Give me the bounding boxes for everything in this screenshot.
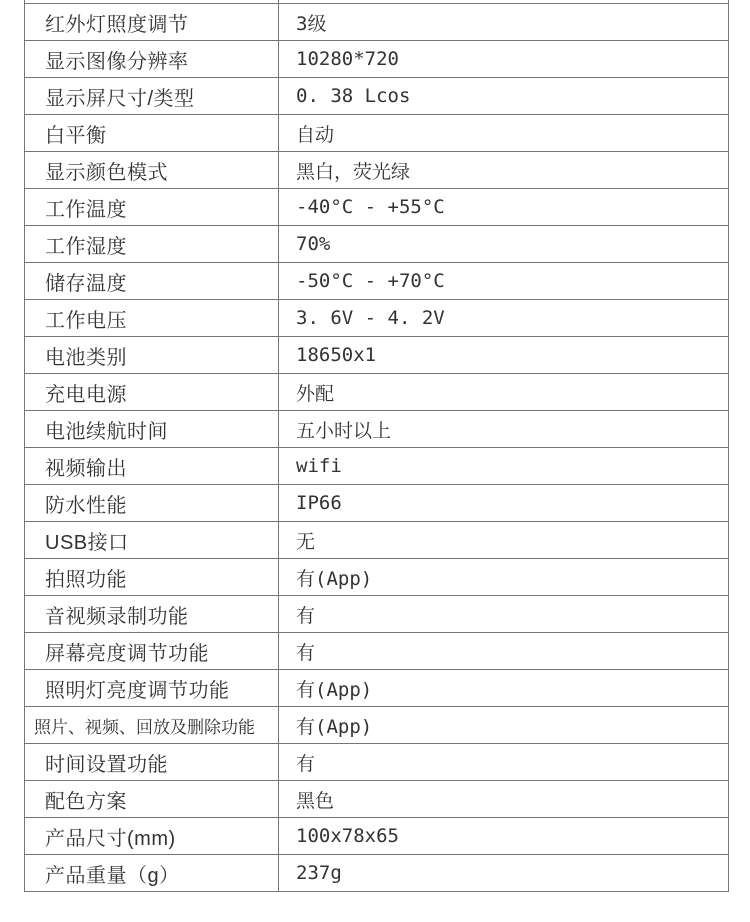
spec-table: 红外灯照度调节 3级 显示图像分辨率 10280*720 显示屏尺寸/类型 0.… [24,0,729,892]
table-row: 充电电源 外配 [25,373,728,410]
table-row: 拍照功能 有(App) [25,558,728,595]
spec-label: 工作湿度 [25,226,279,262]
product-spec-page: 红外灯照度调节 3级 显示图像分辨率 10280*720 显示屏尺寸/类型 0.… [0,0,750,922]
spec-value: wifi [279,448,728,484]
spec-label: 防水性能 [25,485,279,521]
spec-value: 黑白，荧光绿 [279,152,728,188]
table-row: 显示颜色模式 黑白，荧光绿 [25,151,728,188]
table-row: 照片、视频、回放及删除功能 有(App) [25,706,728,743]
spec-value: 五小时以上 [279,411,728,447]
spec-value: 3级 [279,4,728,40]
table-row: 电池续航时间 五小时以上 [25,410,728,447]
spec-label: 显示图像分辨率 [25,41,279,77]
spec-value: 有(App) [279,559,728,595]
spec-label: USB接口 [25,522,279,558]
spec-label: 产品尺寸(mm) [25,818,279,854]
spec-value [279,0,728,3]
spec-value: 10280*720 [279,41,728,77]
spec-label: 照明灯亮度调节功能 [25,670,279,706]
spec-value: IP66 [279,485,728,521]
spec-label: 工作电压 [25,300,279,336]
spec-value: 外配 [279,374,728,410]
spec-value: 自动 [279,115,728,151]
spec-value: 无 [279,522,728,558]
table-row: 防水性能 IP66 [25,484,728,521]
spec-value: 有 [279,633,728,669]
spec-label: 配色方案 [25,781,279,817]
spec-value: -50°C - +70°C [279,263,728,299]
spec-value: 有 [279,596,728,632]
spec-label: 产品重量（g） [25,855,279,891]
spec-label: 工作温度 [25,189,279,225]
spec-value: 黑色 [279,781,728,817]
spec-value: 有(App) [279,670,728,706]
table-row: 时间设置功能 有 [25,743,728,780]
table-row: 显示屏尺寸/类型 0. 38 Lcos [25,77,728,114]
spec-value: 3. 6V - 4. 2V [279,300,728,336]
table-row: 电池类别 18650x1 [25,336,728,373]
table-row: 配色方案 黑色 [25,780,728,817]
spec-label: 照片、视频、回放及删除功能 [25,707,279,743]
spec-value: 18650x1 [279,337,728,373]
spec-label: 储存温度 [25,263,279,299]
table-row: 工作湿度 70% [25,225,728,262]
spec-label: 视频输出 [25,448,279,484]
spec-label: 显示颜色模式 [25,152,279,188]
table-row: 音视频录制功能 有 [25,595,728,632]
spec-value: 0. 38 Lcos [279,78,728,114]
table-row: 白平衡 自动 [25,114,728,151]
spec-label: 显示屏尺寸/类型 [25,78,279,114]
table-row: 工作电压 3. 6V - 4. 2V [25,299,728,336]
table-row: 产品尺寸(mm) 100x78x65 [25,817,728,854]
table-row: 产品重量（g） 237g [25,854,728,891]
spec-value: -40°C - +55°C [279,189,728,225]
spec-value: 有 [279,744,728,780]
table-row: 显示图像分辨率 10280*720 [25,40,728,77]
spec-label: 电池类别 [25,337,279,373]
spec-label [25,0,279,3]
table-row: 工作温度 -40°C - +55°C [25,188,728,225]
spec-label: 音视频录制功能 [25,596,279,632]
cropped-row [25,0,728,3]
spec-label: 充电电源 [25,374,279,410]
spec-label: 屏幕亮度调节功能 [25,633,279,669]
table-row: 红外灯照度调节 3级 [25,3,728,40]
spec-label: 白平衡 [25,115,279,151]
table-row: 屏幕亮度调节功能 有 [25,632,728,669]
spec-label: 拍照功能 [25,559,279,595]
spec-value: 70% [279,226,728,262]
table-row: USB接口 无 [25,521,728,558]
spec-value: 有(App) [279,707,728,743]
spec-label: 红外灯照度调节 [25,4,279,40]
table-row: 储存温度 -50°C - +70°C [25,262,728,299]
table-row: 照明灯亮度调节功能 有(App) [25,669,728,706]
spec-value: 237g [279,855,728,891]
table-row: 视频输出 wifi [25,447,728,484]
spec-label: 电池续航时间 [25,411,279,447]
spec-value: 100x78x65 [279,818,728,854]
spec-label: 时间设置功能 [25,744,279,780]
